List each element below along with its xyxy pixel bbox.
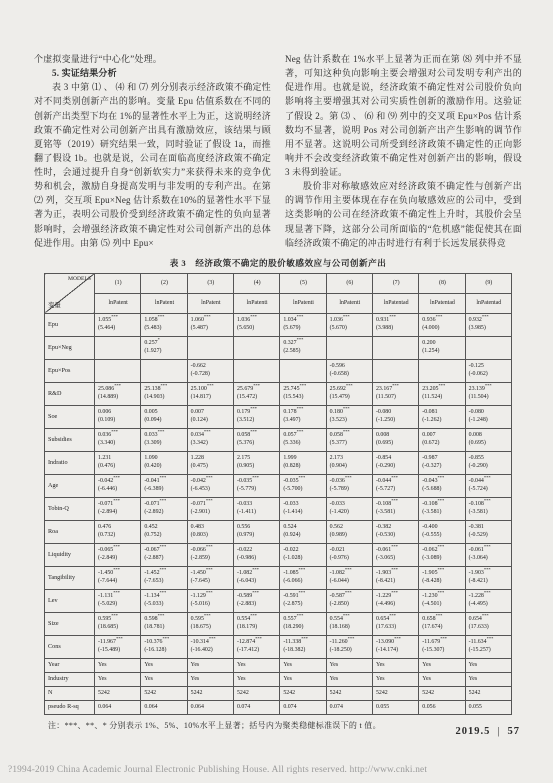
- table-row: Indratio1.231(0.476)1.090(0.420)1.228(0.…: [45, 451, 512, 474]
- coefficient-cell: 0.056: [419, 700, 465, 714]
- coefficient-cell: -0.022(-0.986): [233, 543, 279, 566]
- coefficient-cell: -1.228***(-4.495): [465, 589, 511, 612]
- coefficient-cell: 0.452(0.752): [141, 520, 187, 543]
- coefficient-cell: -1.230***(-4.501): [419, 589, 465, 612]
- coefficient-cell: 1.090(0.420): [141, 451, 187, 474]
- row-variable-label: Indratio: [45, 451, 95, 474]
- row-variable-label: R&D: [45, 382, 95, 405]
- table-row: Epu×Pos-0.662(-0.728)-0.596(-0.658)-0.12…: [45, 359, 512, 382]
- coefficient-cell: 0.064: [187, 700, 233, 714]
- coefficient-cell: Yes: [465, 658, 511, 672]
- row-variable-label: Roa: [45, 520, 95, 543]
- coefficient-cell: -1.129***(-5.016): [187, 589, 233, 612]
- coefficient-cell: 1.999(0.828): [280, 451, 326, 474]
- row-variable-label: Lev: [45, 589, 95, 612]
- coefficient-cell: Yes: [326, 658, 372, 672]
- coefficient-cell: 25.100***(14.817): [187, 382, 233, 405]
- coefficient-cell: 0.598***(18.781): [141, 612, 187, 635]
- coefficient-cell: 0.055: [465, 700, 511, 714]
- coefficient-cell: Yes: [372, 672, 418, 686]
- coefficient-cell: 0.008(0.695): [465, 428, 511, 451]
- coefficient-cell: 0.554***(18.168): [326, 612, 372, 635]
- table-row: N524252425242524252425242524252425242: [45, 686, 512, 700]
- table-row: Age-0.042***(-6.446)-0.041***(-6.389)-0.…: [45, 474, 512, 497]
- coefficient-cell: -0.987(-0.327): [419, 451, 465, 474]
- coefficient-cell: 5242: [419, 686, 465, 700]
- coefficient-cell: 25.138***(14.903): [141, 382, 187, 405]
- coefficient-cell: 1.060***(5.487): [187, 313, 233, 336]
- coefficient-cell: -0.400(-0.555): [419, 520, 465, 543]
- column-number-header: (6): [326, 273, 372, 293]
- coefficient-cell: 0.074: [233, 700, 279, 714]
- coefficient-cell: -0.066***(-2.859): [187, 543, 233, 566]
- coefficient-cell: 1.228(0.475): [187, 451, 233, 474]
- coefficient-cell: 0.033***(3.309): [141, 428, 187, 451]
- coefficient-cell: 0.595***(18.685): [95, 612, 141, 635]
- table-row: Liquidity-0.065***(-2.849)-0.067***(-2.8…: [45, 543, 512, 566]
- row-variable-label: Subsidies: [45, 428, 95, 451]
- coefficient-cell: -1.082***(-6.044): [326, 566, 372, 589]
- coefficient-cell: 0.932***(3.985): [465, 313, 511, 336]
- coefficient-cell: 0.179***(3.512): [233, 405, 279, 428]
- coefficient-cell: -11.679***(-15.307): [419, 635, 465, 658]
- coefficient-cell: -10.314***(-16.402): [187, 635, 233, 658]
- coefficient-cell: Yes: [187, 672, 233, 686]
- coefficient-cell: -0.022(-1.028): [280, 543, 326, 566]
- coefficient-cell: -0.587***(-2.850): [326, 589, 372, 612]
- coefficient-cell: 0.074: [326, 700, 372, 714]
- coefficient-cell: 1.058***(5.483): [141, 313, 187, 336]
- coefficient-cell: [95, 359, 141, 382]
- coefficient-cell: -0.854(-0.290): [372, 451, 418, 474]
- column-number-header: (8): [419, 273, 465, 293]
- results-table-header: MODELS变量(1)(2)(3)(4)(5)(6)(7)(8)(9)lnPat…: [45, 273, 512, 313]
- coefficient-cell: 0.556(0.979): [233, 520, 279, 543]
- footer-separator: |: [497, 726, 500, 737]
- coefficient-cell: -11.634***(-15.257): [465, 635, 511, 658]
- column-number-header: (3): [187, 273, 233, 293]
- table-row: Cons-11.967***(-15.489)-10.376***(-16.12…: [45, 635, 512, 658]
- table-row: R&D25.086***(14.889)25.138***(14.903)25.…: [45, 382, 512, 405]
- coefficient-cell: 0.007(0.672): [419, 428, 465, 451]
- coefficient-cell: [372, 336, 418, 359]
- table-corner-cell: MODELS变量: [45, 273, 95, 313]
- coefficient-cell: Yes: [419, 672, 465, 686]
- coefficient-cell: 0.008(0.695): [372, 428, 418, 451]
- dependent-variable-header: lnPatent: [141, 293, 187, 313]
- dependent-variable-header: lnPatenti: [326, 293, 372, 313]
- coefficient-cell: -0.033(-1.411): [233, 497, 279, 520]
- coefficient-cell: 0.064: [95, 700, 141, 714]
- coefficient-cell: -0.067***(-2.887): [141, 543, 187, 566]
- column-number-header: (2): [141, 273, 187, 293]
- coefficient-cell: 5242: [465, 686, 511, 700]
- row-variable-label: Epu×Pos: [45, 359, 95, 382]
- coefficient-cell: -0.043***(-5.688): [419, 474, 465, 497]
- column-number-header: (4): [233, 273, 279, 293]
- row-variable-label: N: [45, 686, 95, 700]
- paper-page: 个虚拟变量进行“中心化”处理。 5. 实证结果分析 表 3 中第 ⑴ 、 ⑷ 和…: [34, 52, 522, 731]
- coefficient-cell: -0.855(-0.290): [465, 451, 511, 474]
- row-variable-label: Epu×Neg: [45, 336, 95, 359]
- coefficient-cell: 5242: [280, 686, 326, 700]
- coefficient-cell: 0.180***(3.523): [326, 405, 372, 428]
- dependent-variable-header: lnPatentad: [465, 293, 511, 313]
- coefficient-cell: 0.483(0.803): [187, 520, 233, 543]
- coefficient-cell: Yes: [95, 658, 141, 672]
- results-table-body: Epu1.055***(5.464)1.058***(5.483)1.060**…: [45, 313, 512, 714]
- coefficient-cell: 0.178***(3.497): [280, 405, 326, 428]
- coefficient-cell: -1.450***(-7.645): [187, 566, 233, 589]
- coefficient-cell: 23.167***(11.507): [372, 382, 418, 405]
- row-variable-label: Soe: [45, 405, 95, 428]
- coefficient-cell: -0.035***(-5.700): [280, 474, 326, 497]
- column-number-header: (7): [372, 273, 418, 293]
- coefficient-cell: -0.125(-0.062): [465, 359, 511, 382]
- table-row: Epu×Neg0.257*(1.927)0.327***(2.585)0.200…: [45, 336, 512, 359]
- dependent-variable-header: lnPatentad: [372, 293, 418, 313]
- coefficient-cell: -0.062***(-3.089): [419, 543, 465, 566]
- coefficient-cell: -0.080(-1.248): [465, 405, 511, 428]
- coefficient-cell: 0.064: [141, 700, 187, 714]
- page-footer: 2019.5 | 57: [456, 726, 520, 737]
- coefficient-cell: 5242: [326, 686, 372, 700]
- coefficient-cell: 0.055: [372, 700, 418, 714]
- coefficient-cell: [233, 336, 279, 359]
- row-variable-label: pseudo R-sq: [45, 700, 95, 714]
- row-variable-label: Size: [45, 612, 95, 635]
- table-row: IndustryYesYesYesYesYesYesYesYesYes: [45, 672, 512, 686]
- coefficient-cell: -1.452***(-7.653): [141, 566, 187, 589]
- coefficient-cell: -1.134***(-5.033): [141, 589, 187, 612]
- coefficient-cell: 23.139***(11.504): [465, 382, 511, 405]
- coefficient-cell: 5242: [187, 686, 233, 700]
- coefficient-cell: -0.108***(-3.581): [372, 497, 418, 520]
- row-variable-label: Cons: [45, 635, 95, 658]
- dependent-variable-header: lnPatent: [187, 293, 233, 313]
- table-row: Lev-1.131***(-5.029)-1.134***(-5.033)-1.…: [45, 589, 512, 612]
- coefficient-cell: 5242: [95, 686, 141, 700]
- coefficient-cell: 0.257*(1.927): [141, 336, 187, 359]
- section-heading: 5. 实证结果分析: [34, 66, 271, 80]
- coefficient-cell: 0.327***(2.585): [280, 336, 326, 359]
- page-number: 57: [508, 726, 521, 737]
- coefficient-cell: -0.044***(-5.724): [465, 474, 511, 497]
- coefficient-cell: Yes: [95, 672, 141, 686]
- coefficient-cell: -1.082***(-6.043): [233, 566, 279, 589]
- coefficient-cell: -0.021(-0.976): [326, 543, 372, 566]
- coefficient-cell: [280, 359, 326, 382]
- dependent-variable-header: lnPatentad: [419, 293, 465, 313]
- row-variable-label: Age: [45, 474, 95, 497]
- coefficient-cell: 5242: [141, 686, 187, 700]
- coefficient-cell: Yes: [326, 672, 372, 686]
- coefficient-cell: 5242: [233, 686, 279, 700]
- coefficient-cell: -0.042***(-6.453): [187, 474, 233, 497]
- row-variable-label: Tobin-Q: [45, 497, 95, 520]
- coefficient-cell: [326, 336, 372, 359]
- coefficient-cell: Yes: [233, 672, 279, 686]
- coefficient-cell: 0.524(0.924): [280, 520, 326, 543]
- coefficient-cell: -13.090***(-14.174): [372, 635, 418, 658]
- coefficient-cell: 0.074: [280, 700, 326, 714]
- results-table: MODELS变量(1)(2)(3)(4)(5)(6)(7)(8)(9)lnPat…: [44, 273, 512, 715]
- coefficient-cell: Yes: [280, 658, 326, 672]
- row-variable-label: Epu: [45, 313, 95, 336]
- coefficient-cell: -0.061***(-3.065): [372, 543, 418, 566]
- table-row: Epu1.055***(5.464)1.058***(5.483)1.060**…: [45, 313, 512, 336]
- coefficient-cell: -0.071***(-2.894): [95, 497, 141, 520]
- coefficient-cell: Yes: [141, 672, 187, 686]
- coefficient-cell: [233, 359, 279, 382]
- dependent-variable-header: lnPatenti: [280, 293, 326, 313]
- body-text-columns: 个虚拟变量进行“中心化”处理。 5. 实证结果分析 表 3 中第 ⑴ 、 ⑷ 和…: [34, 52, 522, 250]
- coefficient-cell: 1.055***(5.464): [95, 313, 141, 336]
- coefficient-cell: -11.967***(-15.489): [95, 635, 141, 658]
- coefficient-cell: [95, 336, 141, 359]
- coefficient-cell: 0.562(0.989): [326, 520, 372, 543]
- coefficient-cell: -11.260***(-18.250): [326, 635, 372, 658]
- coefficient-cell: -0.108***(-3.581): [465, 497, 511, 520]
- coefficient-cell: 0.654***(17.633): [372, 612, 418, 635]
- journal-issue: 2019.5: [456, 726, 491, 737]
- coefficient-cell: -1.085***(-6.066): [280, 566, 326, 589]
- coefficient-cell: 1.034***(5.679): [280, 313, 326, 336]
- left-text-column: 个虚拟变量进行“中心化”处理。 5. 实证结果分析 表 3 中第 ⑴ 、 ⑷ 和…: [34, 52, 271, 250]
- coefficient-cell: 0.936***(4.000): [419, 313, 465, 336]
- coefficient-cell: -0.033(-1.420): [326, 497, 372, 520]
- coefficient-cell: 0.554***(18.179): [233, 612, 279, 635]
- coefficient-cell: 0.034***(3.342): [187, 428, 233, 451]
- coefficient-cell: 5242: [372, 686, 418, 700]
- coefficient-cell: -0.071***(-2.892): [141, 497, 187, 520]
- coefficient-cell: -0.044***(-5.727): [372, 474, 418, 497]
- coefficient-cell: -0.071***(-2.901): [187, 497, 233, 520]
- coefficient-cell: -1.905***(-8.428): [419, 566, 465, 589]
- coefficient-cell: -12.874***(-17.412): [233, 635, 279, 658]
- table-title: 表 3 经济政策不确定的股价敏感效应与公司创新产出: [34, 257, 522, 269]
- coefficient-cell: -0.589***(-2.883): [233, 589, 279, 612]
- coefficient-cell: [419, 359, 465, 382]
- coefficient-cell: -1.229***(-4.496): [372, 589, 418, 612]
- coefficient-cell: 1.036***(5.650): [233, 313, 279, 336]
- column-number-header: (5): [280, 273, 326, 293]
- coefficient-cell: -1.450***(-7.644): [95, 566, 141, 589]
- coefficient-cell: 2.173(0.904): [326, 451, 372, 474]
- coefficient-cell: -0.382(-0.530): [372, 520, 418, 543]
- coefficient-cell: -0.080(-1.250): [372, 405, 418, 428]
- coefficient-cell: 0.476(0.732): [95, 520, 141, 543]
- coefficient-cell: Yes: [187, 658, 233, 672]
- coefficient-cell: -1.903***(-8.421): [372, 566, 418, 589]
- coefficient-cell: 0.058***(5.376): [233, 428, 279, 451]
- paragraph-asymmetric-effect: 股价非对称敏感效应对经济政策不确定性与创新产出的调节作用主要体现在存在负向敏感效…: [285, 179, 522, 250]
- coefficient-cell: 0.595***(18.675): [187, 612, 233, 635]
- corner-variable-label: 变量: [48, 302, 61, 310]
- coefficient-cell: -0.662(-0.728): [187, 359, 233, 382]
- coefficient-cell: -0.081(-1.262): [419, 405, 465, 428]
- table-row: Roa0.476(0.732)0.452(0.752)0.483(0.803)0…: [45, 520, 512, 543]
- row-variable-label: Liquidity: [45, 543, 95, 566]
- dependent-variable-header: lnPatent: [95, 293, 141, 313]
- coefficient-cell: 0.654***(17.633): [465, 612, 511, 635]
- coefficient-cell: [465, 336, 511, 359]
- coefficient-cell: -0.033(-1.414): [280, 497, 326, 520]
- coefficient-cell: Yes: [233, 658, 279, 672]
- coefficient-cell: 0.007(0.124): [187, 405, 233, 428]
- coefficient-cell: -0.381(-0.529): [465, 520, 511, 543]
- row-variable-label: Year: [45, 658, 95, 672]
- right-text-column: Neg 估计系数在 1%水平上显著为正而在第 ⑻ 列中并不显著，可知这种负向影响…: [285, 52, 522, 250]
- coefficient-cell: Yes: [280, 672, 326, 686]
- column-number-header: (9): [465, 273, 511, 293]
- coefficient-cell: -0.108***(-3.581): [419, 497, 465, 520]
- coefficient-cell: -0.036***(-5.789): [326, 474, 372, 497]
- table-row: Tangibility-1.450***(-7.644)-1.452***(-7…: [45, 566, 512, 589]
- coefficient-cell: 25.692***(15.479): [326, 382, 372, 405]
- table-row: Size0.595***(18.685)0.598***(18.781)0.59…: [45, 612, 512, 635]
- coefficient-cell: Yes: [372, 658, 418, 672]
- coefficient-cell: -1.903***(-8.421): [465, 566, 511, 589]
- coefficient-cell: 0.658***(17.674): [419, 612, 465, 635]
- coefficient-cell: -0.596(-0.658): [326, 359, 372, 382]
- coefficient-cell: 2.175(0.905): [233, 451, 279, 474]
- coefficient-cell: -0.065***(-2.849): [95, 543, 141, 566]
- coefficient-cell: Yes: [141, 658, 187, 672]
- coefficient-cell: -0.061***(-3.064): [465, 543, 511, 566]
- coefficient-cell: 25.086***(14.889): [95, 382, 141, 405]
- coefficient-cell: Yes: [419, 658, 465, 672]
- coefficient-cell: [187, 336, 233, 359]
- table-row: Subsidies0.036***(3.340)0.033***(3.309)0…: [45, 428, 512, 451]
- coefficient-cell: -0.035***(-5.779): [233, 474, 279, 497]
- table-row: YearYesYesYesYesYesYesYesYesYes: [45, 658, 512, 672]
- coefficient-cell: [372, 359, 418, 382]
- coefficient-cell: 23.205***(11.524): [419, 382, 465, 405]
- corner-models-label: MODELS: [68, 276, 91, 283]
- copyright-line: ?1994-2019 China Academic Journal Electr…: [8, 765, 548, 775]
- coefficient-cell: -10.376***(-16.128): [141, 635, 187, 658]
- coefficient-cell: 25.679***(15.472): [233, 382, 279, 405]
- table-row: Tobin-Q-0.071***(-2.894)-0.071***(-2.892…: [45, 497, 512, 520]
- dependent-variable-header: lnPatenti: [233, 293, 279, 313]
- coefficient-cell: 0.200(1.254): [419, 336, 465, 359]
- coefficient-cell: 0.057***(5.336): [280, 428, 326, 451]
- coefficient-cell: -1.131***(-5.029): [95, 589, 141, 612]
- coefficient-cell: 1.231(0.476): [95, 451, 141, 474]
- coefficient-cell: -0.042***(-6.446): [95, 474, 141, 497]
- table-row: pseudo R-sq0.0640.0640.0640.0740.0740.07…: [45, 700, 512, 714]
- coefficient-cell: -11.338***(-18.382): [280, 635, 326, 658]
- paragraph-continuation: Neg 估计系数在 1%水平上显著为正而在第 ⑻ 列中并不显著，可知这种负向影响…: [285, 52, 522, 179]
- coefficient-cell: 0.036***(3.340): [95, 428, 141, 451]
- coefficient-cell: 0.058***(5.377): [326, 428, 372, 451]
- coefficient-cell: 25.745***(15.543): [280, 382, 326, 405]
- coefficient-cell: [141, 359, 187, 382]
- coefficient-cell: -0.041***(-6.389): [141, 474, 187, 497]
- coefficient-cell: -0.591***(-2.875): [280, 589, 326, 612]
- paragraph-results-discussion: 表 3 中第 ⑴ 、 ⑷ 和 ⑺ 列分别表示经济政策不确定性对不同类别创新产出的…: [34, 80, 271, 250]
- table-row: Soe0.006(0.109)0.005(0.094)0.007(0.124)0…: [45, 405, 512, 428]
- row-variable-label: Tangibility: [45, 566, 95, 589]
- coefficient-cell: 0.557***(18.290): [280, 612, 326, 635]
- row-variable-label: Industry: [45, 672, 95, 686]
- coefficient-cell: 1.036***(5.670): [326, 313, 372, 336]
- coefficient-cell: 0.931***(3.988): [372, 313, 418, 336]
- coefficient-cell: 0.006(0.109): [95, 405, 141, 428]
- coefficient-cell: 0.005(0.094): [141, 405, 187, 428]
- coefficient-cell: Yes: [465, 672, 511, 686]
- paragraph-continuation: 个虚拟变量进行“中心化”处理。: [34, 52, 271, 66]
- table-note: 注：***、**、* 分别表示 1%、5%、10%水平上显著；括号内为聚类稳健标…: [34, 720, 522, 731]
- column-number-header: (1): [95, 273, 141, 293]
